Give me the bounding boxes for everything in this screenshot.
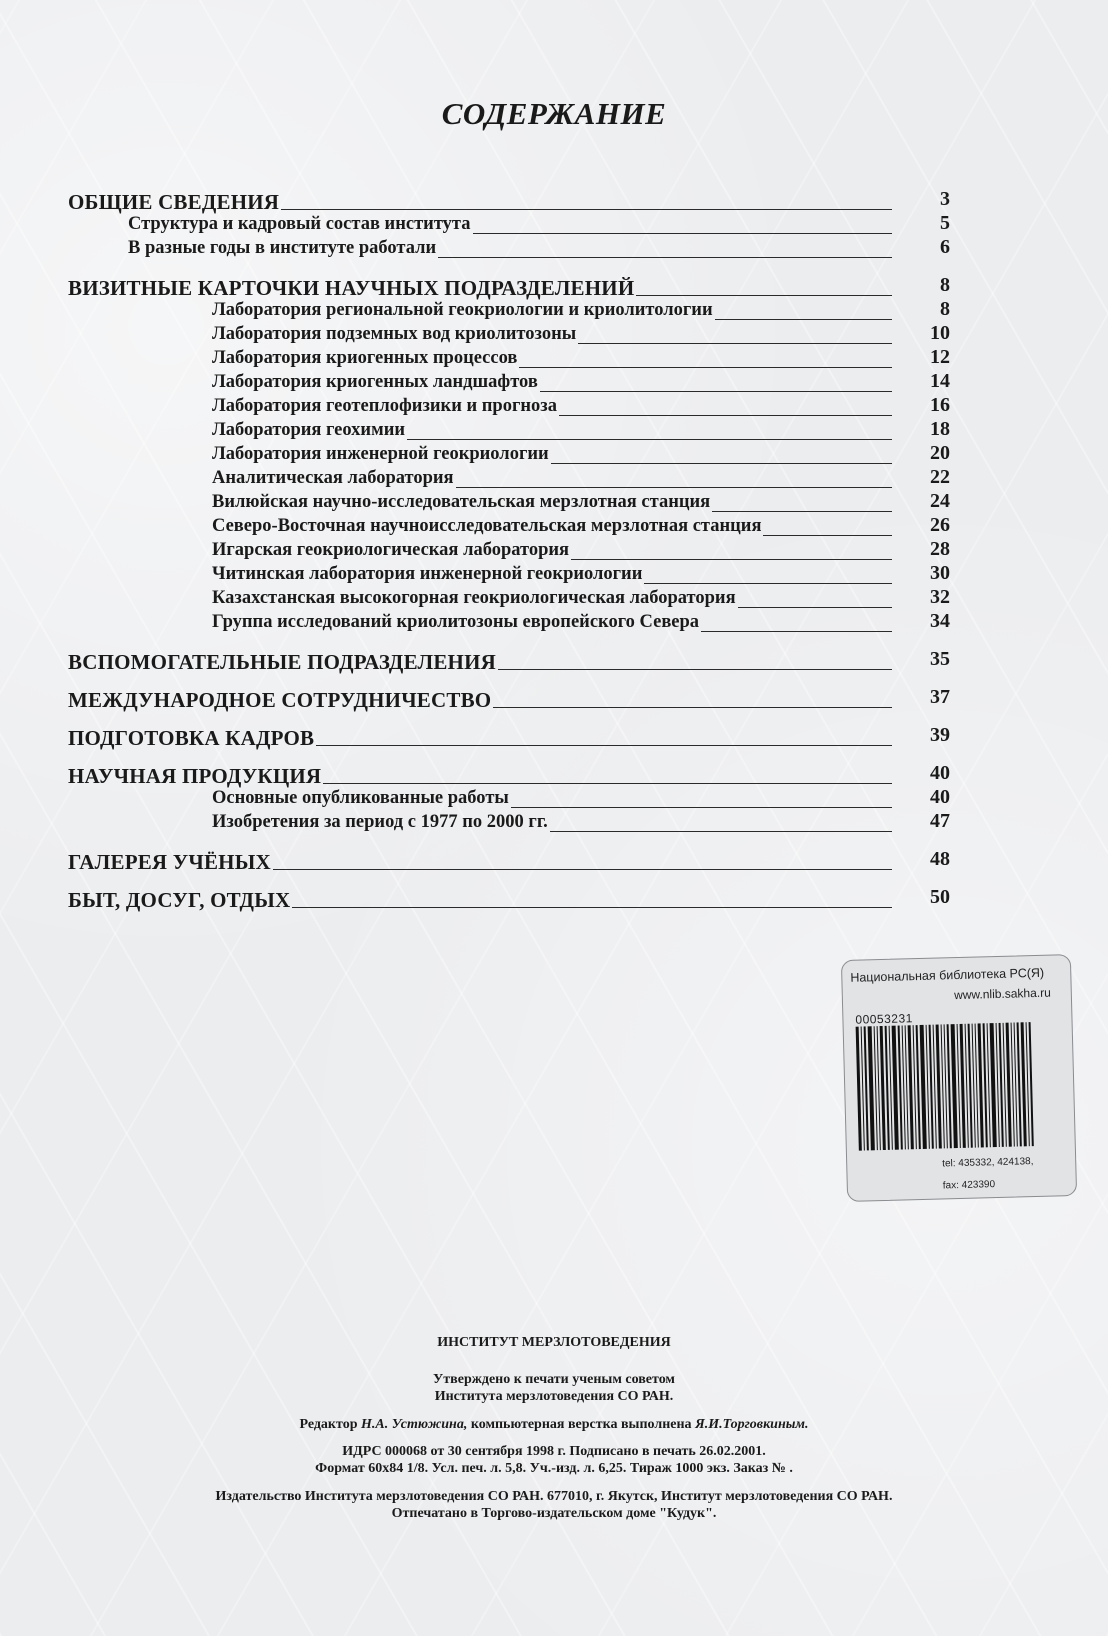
library-name: Национальная библиотека РС(Я) bbox=[850, 966, 1044, 985]
editor-prefix: Редактор bbox=[299, 1417, 361, 1432]
imprint-idrs: ИДРС 000068 от 30 сентября 1998 г. Подпи… bbox=[0, 1443, 1108, 1460]
toc-entry: МЕЖДУНАРОДНОЕ СОТРУДНИЧЕСТВО bbox=[68, 688, 892, 712]
toc-leader-line bbox=[519, 367, 892, 368]
toc-leader-line bbox=[292, 907, 892, 908]
toc-entry-label: Северо-Восточная научноисследовательская… bbox=[212, 516, 761, 537]
toc-page-number: 5 bbox=[880, 212, 950, 235]
toc-entry-label: Основные опубликованные работы bbox=[212, 788, 509, 809]
toc-entry: ВСПОМОГАТЕЛЬНЫЕ ПОДРАЗДЕЛЕНИЯ bbox=[68, 650, 892, 674]
toc-page-number: 18 bbox=[880, 418, 950, 441]
toc-entry: Структура и кадровый состав института bbox=[128, 214, 892, 238]
toc-leader-line bbox=[273, 869, 892, 870]
toc-entry-label: ГАЛЕРЕЯ УЧЁНЫХ bbox=[68, 850, 271, 875]
toc-page-number: 16 bbox=[880, 394, 950, 417]
toc-entry-label: Читинская лаборатория инженерной геокрио… bbox=[212, 564, 642, 585]
toc-page-number: 30 bbox=[880, 562, 950, 585]
toc-page-number: 10 bbox=[880, 322, 950, 345]
toc-entry-label: Вилюйская научно-исследовательская мерзл… bbox=[212, 492, 710, 513]
toc-page-number: 47 bbox=[880, 810, 950, 833]
imprint-publisher: Издательство Института мерзлотоведения С… bbox=[0, 1488, 1108, 1505]
toc-leader-line bbox=[438, 257, 892, 258]
toc-leader-line bbox=[712, 511, 892, 512]
toc-leader-line bbox=[701, 631, 892, 632]
toc-leader-line bbox=[511, 807, 892, 808]
layout-name: Я.И.Торговкиным. bbox=[695, 1417, 808, 1432]
toc-page-number: 26 bbox=[880, 514, 950, 537]
toc-entry: Северо-Восточная научноисследовательская… bbox=[212, 516, 892, 540]
toc-page-number: 6 bbox=[880, 236, 950, 259]
toc-leader-line bbox=[456, 487, 892, 488]
toc-leader-line bbox=[550, 831, 892, 832]
toc-entry-label: Лаборатория криогенных процессов bbox=[212, 348, 517, 369]
toc-leader-line bbox=[578, 343, 892, 344]
imprint-approved-line2: Института мерзлотоведения СО РАН. bbox=[0, 1388, 1108, 1405]
toc-page-number: 37 bbox=[880, 686, 950, 709]
toc-page-number: 28 bbox=[880, 538, 950, 561]
imprint-approved-line1: Утверждено к печати ученым советом bbox=[0, 1371, 1108, 1388]
toc-entry-label: Лаборатория геохимии bbox=[212, 420, 405, 441]
toc-entry-label: Игарская геокриологическая лаборатория bbox=[212, 540, 569, 561]
toc-entry-label: ВИЗИТНЫЕ КАРТОЧКИ НАУЧНЫХ ПОДРАЗДЕЛЕНИЙ bbox=[68, 276, 634, 301]
imprint-institute: ИНСТИТУТ МЕРЗЛОТОВЕДЕНИЯ bbox=[0, 1334, 1108, 1351]
toc-entry-label: Структура и кадровый состав института bbox=[128, 214, 471, 235]
toc-entry: ГАЛЕРЕЯ УЧЁНЫХ bbox=[68, 850, 892, 874]
toc-leader-line bbox=[551, 463, 892, 464]
imprint-editor-line: Редактор Н.А. Устюжина, компьютерная вер… bbox=[0, 1416, 1108, 1433]
toc-entry: Лаборатория криогенных ландшафтов bbox=[212, 372, 892, 396]
toc-page-number: 3 bbox=[880, 188, 950, 211]
toc-entry: Аналитическая лаборатория bbox=[212, 468, 892, 492]
toc-page-number: 40 bbox=[880, 786, 950, 809]
toc-entry-label: Лаборатория криогенных ландшафтов bbox=[212, 372, 538, 393]
toc-leader-line bbox=[571, 559, 892, 560]
toc-page-number: 22 bbox=[880, 466, 950, 489]
layout-text: компьютерная верстка выполнена bbox=[467, 1417, 695, 1432]
library-phone: tel: 435332, 424138, bbox=[942, 1156, 1033, 1169]
toc-entry: БЫТ, ДОСУГ, ОТДЫХ bbox=[68, 888, 892, 912]
barcode-icon bbox=[856, 1021, 1059, 1150]
toc-leader-line bbox=[763, 535, 892, 536]
toc-entry-label: БЫТ, ДОСУГ, ОТДЫХ bbox=[68, 888, 290, 913]
toc-entry: Лаборатория подземных вод криолитозоны bbox=[212, 324, 892, 348]
toc-entry: Лаборатория геотеплофизики и прогноза bbox=[212, 396, 892, 420]
toc-entry-label: ВСПОМОГАТЕЛЬНЫЕ ПОДРАЗДЕЛЕНИЯ bbox=[68, 650, 496, 675]
toc-entry: Вилюйская научно-исследовательская мерзл… bbox=[212, 492, 892, 516]
toc-leader-line bbox=[407, 439, 892, 440]
toc-entry: Казахстанская высокогорная геокриологиче… bbox=[212, 588, 892, 612]
toc-page-number: 8 bbox=[880, 298, 950, 321]
toc-leader-line bbox=[498, 669, 892, 670]
imprint-format: Формат 60x84 1/8. Усл. печ. л. 5,8. Уч.-… bbox=[0, 1460, 1108, 1477]
toc-entry-label: Группа исследований криолитозоны европей… bbox=[212, 612, 699, 633]
toc-page-number: 32 bbox=[880, 586, 950, 609]
toc-page-number: 20 bbox=[880, 442, 950, 465]
toc-page-number: 39 bbox=[880, 724, 950, 747]
toc-leader-line bbox=[715, 319, 892, 320]
toc-entry-label: Лаборатория региональной геокриологии и … bbox=[212, 300, 713, 321]
toc-entry: В разные годы в институте работали bbox=[128, 238, 892, 262]
toc-leader-line bbox=[559, 415, 892, 416]
toc-entry-label: Казахстанская высокогорная геокриологиче… bbox=[212, 588, 736, 609]
editor-name: Н.А. Устюжина, bbox=[361, 1417, 467, 1432]
toc-entry-label: В разные годы в институте работали bbox=[128, 238, 436, 259]
toc-entry: Лаборатория геохимии bbox=[212, 420, 892, 444]
toc-leader-line bbox=[636, 295, 892, 296]
toc-page-number: 48 bbox=[880, 848, 950, 871]
toc-leader-line bbox=[493, 707, 892, 708]
imprint-printed: Отпечатано в Торгово-издательском доме "… bbox=[0, 1505, 1108, 1522]
toc-entry: Игарская геокриологическая лаборатория bbox=[212, 540, 892, 564]
toc-leader-line bbox=[323, 783, 892, 784]
toc-leader-line bbox=[473, 233, 893, 234]
toc-entry: ОБЩИЕ СВЕДЕНИЯ bbox=[68, 190, 892, 214]
toc-entry-label: Лаборатория инженерной геокриологии bbox=[212, 444, 549, 465]
toc-entry-label: НАУЧНАЯ ПРОДУКЦИЯ bbox=[68, 764, 321, 789]
toc-page-number: 50 bbox=[880, 886, 950, 909]
library-fax: fax: 423390 bbox=[943, 1179, 996, 1191]
toc-entry-label: ПОДГОТОВКА КАДРОВ bbox=[68, 726, 314, 751]
toc-page-number: 14 bbox=[880, 370, 950, 393]
toc-entry: ВИЗИТНЫЕ КАРТОЧКИ НАУЧНЫХ ПОДРАЗДЕЛЕНИЙ bbox=[68, 276, 892, 300]
toc-entry: Группа исследований криолитозоны европей… bbox=[212, 612, 892, 636]
toc-page-number: 40 bbox=[880, 762, 950, 785]
toc-page-number: 8 bbox=[880, 274, 950, 297]
library-barcode-sticker: Национальная библиотека РС(Я) www.nlib.s… bbox=[841, 954, 1077, 1202]
toc-entry-label: МЕЖДУНАРОДНОЕ СОТРУДНИЧЕСТВО bbox=[68, 688, 491, 713]
toc-entry: Лаборатория криогенных процессов bbox=[212, 348, 892, 372]
toc-entry-label: Аналитическая лаборатория bbox=[212, 468, 454, 489]
toc-page-number: 24 bbox=[880, 490, 950, 513]
toc-entry: Основные опубликованные работы bbox=[212, 788, 892, 812]
barcode-number: 00053231 bbox=[855, 1011, 913, 1026]
toc-entry: НАУЧНАЯ ПРОДУКЦИЯ bbox=[68, 764, 892, 788]
toc-entry-label: Лаборатория геотеплофизики и прогноза bbox=[212, 396, 557, 417]
toc-page-number: 12 bbox=[880, 346, 950, 369]
toc-leader-line bbox=[644, 583, 892, 584]
toc-leader-line bbox=[540, 391, 892, 392]
page-title: СОДЕРЖАНИЕ bbox=[0, 96, 1108, 132]
toc-leader-line bbox=[281, 209, 892, 210]
toc-entry: ПОДГОТОВКА КАДРОВ bbox=[68, 726, 892, 750]
toc-entry-label: Лаборатория подземных вод криолитозоны bbox=[212, 324, 576, 345]
library-url: www.nlib.sakha.ru bbox=[954, 986, 1051, 1003]
toc-entry: Изобретения за период с 1977 по 2000 гг. bbox=[212, 812, 892, 836]
toc-leader-line bbox=[738, 607, 892, 608]
toc-entry-label: Изобретения за период с 1977 по 2000 гг. bbox=[212, 812, 548, 833]
toc-entry: Лаборатория региональной геокриологии и … bbox=[212, 300, 892, 324]
toc-page-number: 34 bbox=[880, 610, 950, 633]
toc-entry-label: ОБЩИЕ СВЕДЕНИЯ bbox=[68, 190, 279, 215]
toc-page-number: 35 bbox=[880, 648, 950, 671]
toc-entry: Лаборатория инженерной геокриологии bbox=[212, 444, 892, 468]
toc-leader-line bbox=[316, 745, 892, 746]
toc-entry: Читинская лаборатория инженерной геокрио… bbox=[212, 564, 892, 588]
